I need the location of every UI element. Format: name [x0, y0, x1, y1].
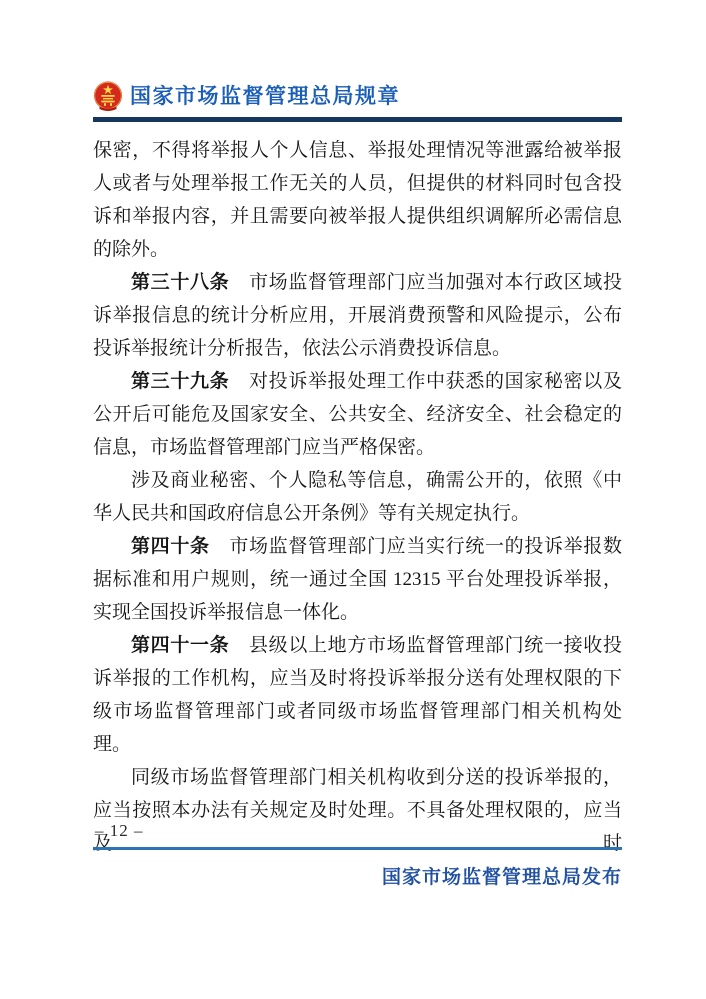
- paragraph: 第四十条 市场监督管理部门应当实行统一的投诉举报数据标准和用户规则，统一通过全国…: [93, 530, 622, 629]
- paragraph-text: 同级市场监督管理部门相关机构收到分送的投诉举报的，应当按照本办法有关规定及时处理…: [93, 767, 622, 854]
- publisher-label: 国家市场监督管理总局发布: [93, 863, 622, 893]
- header-divider: [93, 117, 622, 122]
- article-number: 第三十九条: [131, 371, 229, 392]
- paragraph: 保密，不得将举报人个人信息、举报处理情况等泄露给被举报人或者与处理举报工作无关的…: [93, 134, 622, 266]
- document-body: 保密，不得将举报人个人信息、举报处理情况等泄露给被举报人或者与处理举报工作无关的…: [93, 134, 622, 860]
- article-number: 第三十八条: [131, 272, 229, 293]
- paragraph: 第四十一条 县级以上地方市场监督管理部门统一接收投诉举报的工作机构，应当及时将投…: [93, 629, 622, 761]
- paragraph-text: 保密，不得将举报人个人信息、举报处理情况等泄露给被举报人或者与处理举报工作无关的…: [93, 140, 622, 260]
- footer-divider: [93, 847, 622, 850]
- paragraph: 涉及商业秘密、个人隐私等信息，确需公开的，依照《中华人民共和国政府信息公开条例》…: [93, 464, 622, 530]
- paragraph: 同级市场监督管理部门相关机构收到分送的投诉举报的，应当按照本办法有关规定及时处理…: [93, 761, 622, 860]
- national-emblem-icon: [93, 80, 123, 113]
- article-number: 第四十条: [131, 536, 210, 557]
- paragraph: 第三十九条 对投诉举报处理工作中获悉的国家秘密以及公开后可能危及国家安全、公共安…: [93, 365, 622, 464]
- page-header: 国家市场监督管理总局规章: [93, 80, 622, 113]
- paragraph: 第三十八条 市场监督管理部门应当加强对本行政区域投诉举报信息的统计分析应用，开展…: [93, 266, 622, 365]
- document-page: 国家市场监督管理总局规章 保密，不得将举报人个人信息、举报处理情况等泄露给被举报…: [0, 0, 706, 999]
- page-title: 国家市场监督管理总局规章: [130, 80, 400, 113]
- page-number: – 12 –: [95, 820, 144, 842]
- article-number: 第四十一条: [131, 635, 229, 656]
- paragraph-text: 涉及商业秘密、个人隐私等信息，确需公开的，依照《中华人民共和国政府信息公开条例》…: [93, 470, 622, 524]
